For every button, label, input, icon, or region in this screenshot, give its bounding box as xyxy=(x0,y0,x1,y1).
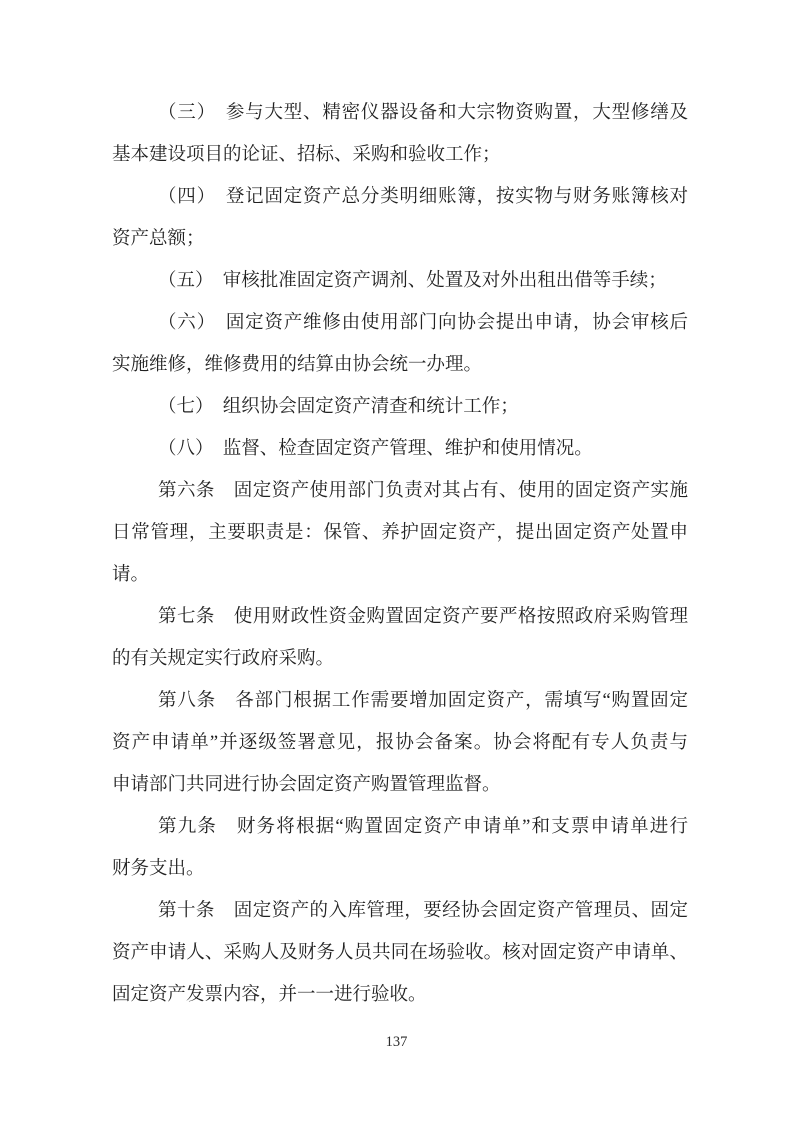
text-line: （六） 固定资产维修由使用部门向协会提出申请，协会审核后 xyxy=(112,302,688,344)
text-line: 第六条 固定资产使用部门负责对其占有、使用的固定资产实施 xyxy=(112,470,688,512)
document-body: （三） 参与大型、精密仪器设备和大宗物资购置，大型修缮及基本建设项目的论证、招标… xyxy=(0,0,793,1122)
document-page: （三） 参与大型、精密仪器设备和大宗物资购置，大型修缮及基本建设项目的论证、招标… xyxy=(0,0,793,1122)
text-line: 资产申请人、采购人及财务人员共同在场验收。核对固定资产申请单、 xyxy=(112,932,688,974)
text-line: 的有关规定实行政府采购。 xyxy=(112,638,688,680)
text-line: （七） 组织协会固定资产清查和统计工作； xyxy=(112,386,688,428)
text-line: 基本建设项目的论证、招标、采购和验收工作； xyxy=(112,134,688,176)
text-line: （三） 参与大型、精密仪器设备和大宗物资购置，大型修缮及 xyxy=(112,92,688,134)
text-line: 资产申请单”并逐级签署意见，报协会备案。协会将配有专人负责与 xyxy=(112,722,688,764)
text-line: （八） 监督、检查固定资产管理、维护和使用情况。 xyxy=(112,428,688,470)
text-line: 第八条 各部门根据工作需要增加固定资产，需填写“购置固定 xyxy=(112,680,688,722)
text-line: 第十条 固定资产的入库管理，要经协会固定资产管理员、固定 xyxy=(112,890,688,932)
text-line: （四） 登记固定资产总分类明细账簿，按实物与财务账簿核对 xyxy=(112,176,688,218)
text-line: 固定资产发票内容，并一一进行验收。 xyxy=(112,974,688,1016)
text-line: 请。 xyxy=(112,554,688,596)
text-line: 资产总额； xyxy=(112,218,688,260)
page-number: 137 xyxy=(0,1030,793,1054)
text-line: 申请部门共同进行协会固定资产购置管理监督。 xyxy=(112,764,688,806)
text-line: 实施维修，维修费用的结算由协会统一办理。 xyxy=(112,344,688,386)
text-line: 第九条 财务将根据“购置固定资产申请单”和支票申请单进行 xyxy=(112,806,688,848)
text-line: 财务支出。 xyxy=(112,848,688,890)
text-line: 日常管理，主要职责是：保管、养护固定资产，提出固定资产处置申 xyxy=(112,512,688,554)
text-line: （五） 审核批准固定资产调剂、处置及对外出租出借等手续； xyxy=(112,260,688,302)
text-line: 第七条 使用财政性资金购置固定资产要严格按照政府采购管理 xyxy=(112,596,688,638)
